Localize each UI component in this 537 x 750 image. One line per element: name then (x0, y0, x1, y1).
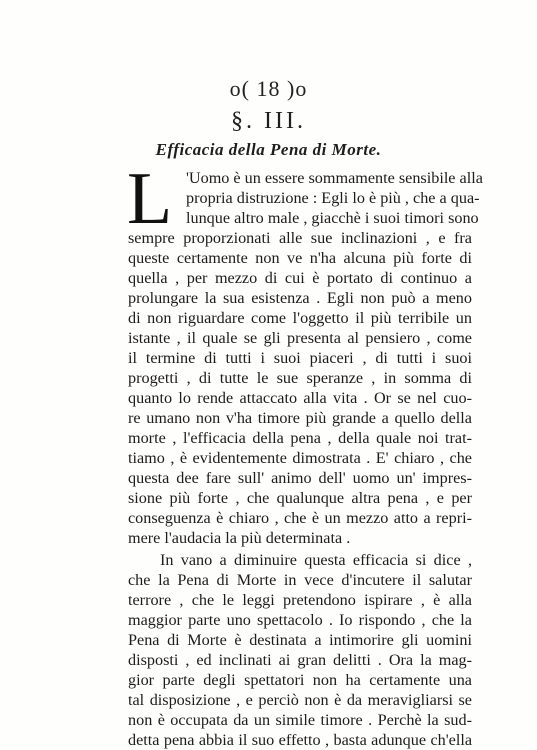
book-page: o( 18 )o §. III. Efficacia della Pena di… (0, 0, 537, 750)
text-line: maggior parte uno spettacolo . Io rispon… (128, 610, 472, 630)
text-line: 'Uomo è un essere sommamente sensibile a… (186, 168, 472, 188)
text-line: questa dee fare sull' animo dell' uomo u… (128, 468, 472, 488)
text-line: il termine di tutti i suoi piaceri , di … (128, 348, 472, 368)
page-number-header: o( 18 )o (0, 76, 537, 102)
text-line: quella , per mezzo di cui è portato di c… (128, 268, 472, 288)
text-line: terrore , che le leggi pretendono ispira… (128, 590, 472, 610)
text-line: conseguenza è chiaro , che è un mezzo at… (128, 508, 472, 528)
text-line: In vano a diminuire questa efficacia si … (160, 550, 472, 570)
text-line: non è occupata da un simile timore . Per… (128, 710, 472, 730)
text-line: queste certamente non ve n'ha alcuna più… (128, 248, 472, 268)
text-line: gior parte degli spettatori non ha certa… (128, 670, 472, 690)
text-line: propria distruzione : Egli lo è più , ch… (186, 188, 472, 208)
text-line: morte , l'efficacia della pena , della q… (128, 428, 472, 448)
text-line: lunque altro male , giacchè i suoi timor… (186, 208, 472, 228)
text-line: re umano non v'ha timore più grande a qu… (128, 408, 472, 428)
text-line: mere l'audacia la più determinata . (128, 528, 472, 548)
text-line: disposti , ed inclinati ai gran delitti … (128, 650, 472, 670)
section-title: Efficacia della Pena di Morte. (0, 140, 537, 160)
text-line: prolungare la sua esistenza . Egli non p… (128, 288, 472, 308)
text-line: di non riguardare come l'oggetto il più … (128, 308, 472, 328)
text-line: istante , il quale se gli presenta al pe… (128, 328, 472, 348)
text-line: Pena di Morte è destinata a intimorire g… (128, 630, 472, 650)
text-line: sione più forte , che qualunque altra pe… (128, 488, 472, 508)
text-line: tal disposizione , e perciò non è da mer… (128, 690, 472, 710)
text-line: tiamo , è evidentemente dimostrata . E' … (128, 448, 472, 468)
drop-cap-initial: L (127, 162, 172, 236)
section-number: §. III. (0, 108, 537, 135)
text-line: progetti , di tutte le sue speranze , in… (128, 368, 472, 388)
text-line: che la Pena di Morte in vece d'incutere … (128, 570, 472, 590)
text-line: sempre proporzionati alle sue inclinazio… (128, 228, 472, 248)
text-line: detta pena abbia il suo effetto , basta … (128, 730, 472, 750)
text-line: quanto lo rende attaccato alla vita . Or… (128, 388, 472, 408)
